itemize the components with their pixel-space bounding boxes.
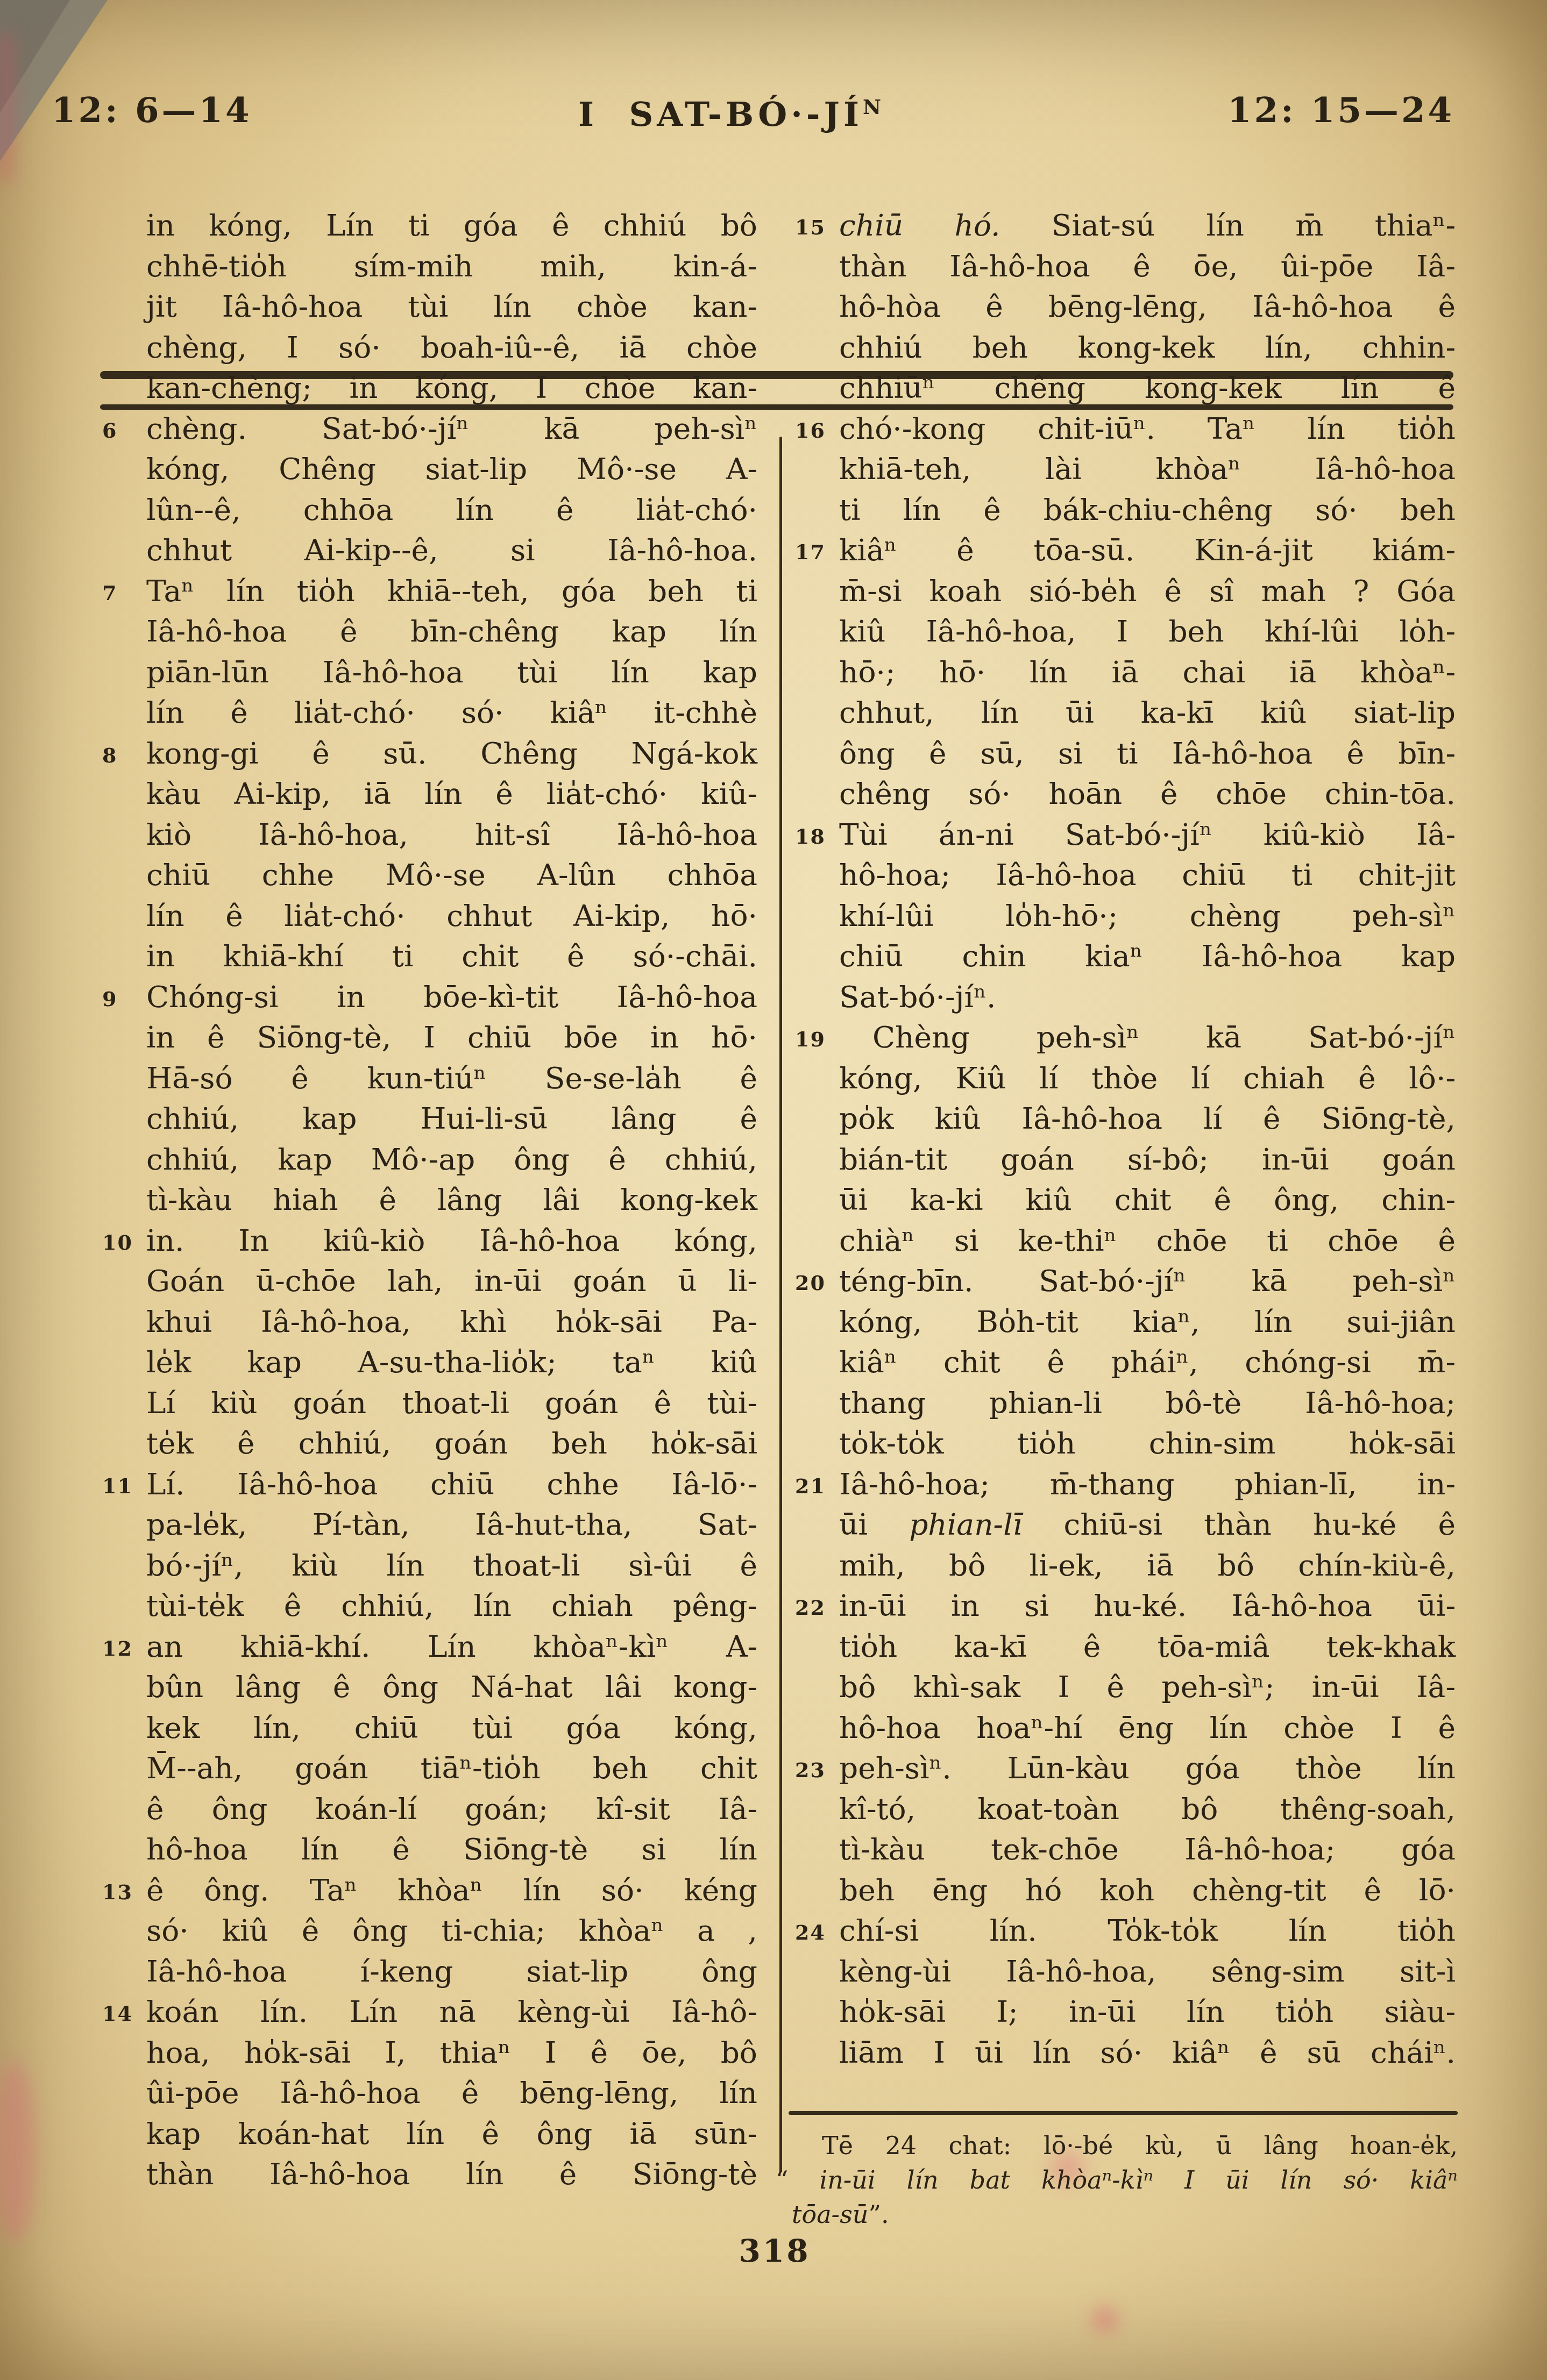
verse-line: lín ê lia̍t-chó· só· kiâⁿ it-chhè bbox=[146, 693, 757, 733]
verse-text: chèng, I só· boah-iû--ê, iā chòe bbox=[146, 330, 757, 365]
verse-number: 10 bbox=[102, 1222, 133, 1263]
verse-text: jit Iâ-hô-hoa tùi lín chòe kan- bbox=[146, 289, 757, 324]
verse-line: kiâⁿ chit ê pháiⁿ, chóng-si m̄- bbox=[839, 1342, 1456, 1383]
verse-text: hô-hòa ê bēng-lēng, Iâ-hô-hoa ê bbox=[839, 289, 1456, 324]
verse-line: khí-lûi lo̍h-hō·; chèng peh-sìⁿ bbox=[839, 896, 1456, 937]
verse-line: thàn Iâ-hô-hoa lín ê Siōng-tè bbox=[146, 2154, 757, 2195]
verse-line: tùi-te̍k ê chhiú, lín chiah pêng- bbox=[146, 1586, 757, 1627]
verse-line: 14koán lín. Lín nā kèng-ùi Iâ-hô- bbox=[146, 1992, 757, 2033]
verse-line: liām I ūi lín só· kiâⁿ ê sū cháiⁿ. bbox=[839, 2033, 1456, 2073]
verse-text: ông ê sū, si ti Iâ-hô-hoa ê bīn- bbox=[839, 736, 1456, 771]
verse-number: 15 bbox=[795, 207, 826, 248]
verse-number: 17 bbox=[795, 532, 826, 573]
verse-line: ûi-pōe Iâ-hô-hoa ê bēng-lēng, lín bbox=[146, 2073, 757, 2114]
verse-line: to̍k-to̍k tio̍h chin-sim ho̍k-sāi bbox=[839, 1423, 1456, 1464]
verse-text: bô khì-sak I ê peh-sìⁿ; in-ūi Iâ- bbox=[839, 1670, 1456, 1704]
verse-line: in kóng, Lín ti góa ê chhiú bô bbox=[146, 205, 757, 246]
verse-text: bûn lâng ê ông Ná-hat lâi kong- bbox=[146, 1670, 757, 1704]
verse-text: lûn--ê, chhōa lín ê lia̍t-chó· bbox=[146, 493, 757, 527]
verse-text: chiū chhe Mô·-se A-lûn chhōa bbox=[146, 858, 757, 892]
verse-line: 19Chèng peh-sìⁿ kā Sat-bó·-jíⁿ bbox=[839, 1017, 1456, 1058]
verse-text: kek lín, chiū tùi góa kóng, bbox=[146, 1711, 757, 1745]
verse-text: chhiú beh kong-kek lín, chhin- bbox=[839, 330, 1456, 365]
verse-line: kóng, Kiû lí thòe lí chiah ê lô·- bbox=[839, 1058, 1456, 1099]
verse-text: ûi-pōe Iâ-hô-hoa ê bēng-lēng, lín bbox=[146, 2076, 757, 2110]
verse-line: bûn lâng ê ông Ná-hat lâi kong- bbox=[146, 1667, 757, 1708]
verse-number: 19 bbox=[795, 1019, 826, 1060]
verse-text: chhē-tio̍h sím-mih mih, kin-á- bbox=[146, 249, 757, 283]
verse-text: hoa, ho̍k-sāi I, thiaⁿ I ê ōe, bô bbox=[146, 2035, 757, 2070]
verse-number: 8 bbox=[102, 735, 117, 776]
verse-text: hô-hoa hoaⁿ-hí ēng lín chòe I ê bbox=[839, 1711, 1456, 1745]
verse-text: “ bbox=[776, 2165, 819, 2194]
verse-line: 16chó·-kong chit-iūⁿ. Taⁿ lín tio̍h bbox=[839, 409, 1456, 450]
verse-number: 11 bbox=[102, 1466, 133, 1507]
verse-line: kóng, Bo̍h-tit kiaⁿ, lín sui-jiân bbox=[839, 1302, 1456, 1343]
verse-line: chêng só· hoān ê chōe chin-tōa. bbox=[839, 774, 1456, 815]
verse-line: beh ēng hó koh chèng-tit ê lō· bbox=[839, 1870, 1456, 1911]
verse-line: ông ê sū, si ti Iâ-hô-hoa ê bīn- bbox=[839, 733, 1456, 774]
verse-line: 8kong-gi ê sū. Chêng Ngá-kok bbox=[146, 733, 757, 774]
verse-text: Lí. Iâ-hô-hoa chiū chhe Iâ-lō·- bbox=[146, 1467, 757, 1501]
verse-line: thang phian-li bô-tè Iâ-hô-hoa; bbox=[839, 1383, 1456, 1424]
verse-line: hô-hoa lín ê Siōng-tè si lín bbox=[146, 1829, 757, 1870]
verse-line: hō·; hō· lín iā chai iā khòaⁿ- bbox=[839, 652, 1456, 693]
verse-text: ê ông koán-lí goán; kî-sit Iâ- bbox=[146, 1792, 757, 1826]
verse-line: 20téng-bīn. Sat-bó·-jíⁿ kā peh-sìⁿ bbox=[839, 1261, 1456, 1302]
verse-text: mih, bô li-ek, iā bô chín-kiù-ê, bbox=[839, 1548, 1456, 1583]
verse-text: m̄-si koah sió-be̍h ê sî mah ? Góa bbox=[839, 574, 1456, 608]
verse-text: chó·-kong chit-iūⁿ. Taⁿ lín tio̍h bbox=[839, 411, 1456, 446]
verse-text: in. In kiû-kiò Iâ-hô-hoa kóng, bbox=[146, 1223, 757, 1258]
verse-line: 17kiâⁿ ê tōa-sū. Kin-á-jit kiám- bbox=[839, 530, 1456, 571]
verse-line: kóng, Chêng siat-lip Mô·-se A- bbox=[146, 449, 757, 490]
verse-line: po̍k kiû Iâ-hô-hoa lí ê Siōng-tè, bbox=[839, 1099, 1456, 1139]
header-verse-range-right: 12: 15—24 bbox=[1227, 90, 1454, 131]
verse-text: hō·; hō· lín iā chai iā khòaⁿ- bbox=[839, 655, 1456, 689]
verse-line: chiū chhe Mô·-se A-lûn chhōa bbox=[146, 855, 757, 896]
verse-line: Goán ū-chōe lah, in-ūi goán ū li- bbox=[146, 1261, 757, 1302]
verse-text: kóng, Chêng siat-lip Mô·-se A- bbox=[146, 452, 757, 486]
verse-line: 18Tùi án-ni Sat-bó·-jíⁿ kiû-kiò Iâ- bbox=[839, 815, 1456, 856]
verse-text: bián-tit goán sí-bô; in-ūi goán bbox=[839, 1142, 1456, 1177]
verse-number: 24 bbox=[795, 1912, 826, 1953]
header-book-title-superscript: N bbox=[863, 95, 881, 119]
verse-line: só· kiû ê ông ti-chia; khòaⁿ a , bbox=[146, 1911, 757, 1951]
verse-line: 12an khiā-khí. Lín khòaⁿ-kìⁿ A- bbox=[146, 1627, 757, 1668]
verse-text: hô-hoa lín ê Siōng-tè si lín bbox=[146, 1832, 757, 1866]
verse-line: Iâ-hô-hoa í-keng siat-lip ông bbox=[146, 1951, 757, 1992]
verse-text: kèng-ùi Iâ-hô-hoa, sêng-sim sit-ì bbox=[839, 1954, 1456, 1989]
verse-text: chèng. Sat-bó·-jíⁿ kā peh-sìⁿ bbox=[146, 411, 757, 446]
pink-stain bbox=[1092, 2307, 1118, 2333]
verse-line: 9Chóng-si in bōe-kì-tit Iâ-hô-hoa bbox=[146, 977, 757, 1018]
verse-text: Taⁿ lín tio̍h khiā--teh, góa beh ti bbox=[146, 574, 757, 608]
column-divider-rule bbox=[779, 437, 782, 2172]
verse-number: 6 bbox=[102, 410, 117, 451]
verse-line: kèng-ùi Iâ-hô-hoa, sêng-sim sit-ì bbox=[839, 1951, 1456, 1992]
verse-line: lûn--ê, chhōa lín ê lia̍t-chó· bbox=[146, 490, 757, 531]
verse-number: 20 bbox=[795, 1263, 826, 1303]
verse-line: 10in. In kiû-kiò Iâ-hô-hoa kóng, bbox=[146, 1221, 757, 1262]
verse-number: 14 bbox=[102, 1993, 133, 2034]
verse-line: chhut, lín ūi ka-kī kiû siat-lip bbox=[839, 693, 1456, 733]
verse-line: kap koán-hat lín ê ông iā sūn- bbox=[146, 2114, 757, 2155]
verse-line: ūi ka-ki kiû chit ê ông, chin- bbox=[839, 1180, 1456, 1221]
verse-line: kiò Iâ-hô-hoa, hit-sî Iâ-hô-hoa bbox=[146, 815, 757, 856]
verse-line: 13ê ông. Taⁿ khòaⁿ lín só· kéng bbox=[146, 1870, 757, 1911]
verse-text: chhiú, kap Mô·-ap ông ê chhiú, bbox=[146, 1142, 757, 1177]
verse-line: ūi phian-lī chiū-si thàn hu-ké ê bbox=[839, 1505, 1456, 1545]
footnote-line: Tē 24 chat: lō·-bé kù, ū lâng hoan-e̍k, bbox=[792, 2128, 1458, 2163]
footnote-line: tōa-sū”. bbox=[792, 2197, 1458, 2232]
pink-stain bbox=[0, 32, 13, 183]
verse-text: lín ê lia̍t-chó· chhut Ai-kip, hō· bbox=[146, 899, 757, 933]
verse-line: chhiūⁿ chêng kong-kek lín ê bbox=[839, 368, 1456, 409]
verse-line: 22in-ūi in si hu-ké. Iâ-hô-hoa ūi- bbox=[839, 1586, 1456, 1627]
verse-line: te̍k ê chhiú, goán beh ho̍k-sāi bbox=[146, 1423, 757, 1464]
verse-line: in khiā-khí ti chit ê só·-chāi. bbox=[146, 936, 757, 977]
verse-line: thàn Iâ-hô-hoa ê ōe, ûi-pōe Iâ- bbox=[839, 246, 1456, 287]
verse-line: 15chiū hó. Siat-sú lín m̄ thiaⁿ- bbox=[839, 205, 1456, 246]
verse-line: M̄--ah, goán tiāⁿ-tio̍h beh chit bbox=[146, 1748, 757, 1789]
verse-line: tio̍h ka-kī ê tōa-miâ tek-khak bbox=[839, 1627, 1456, 1668]
verse-text: Iâ-hô-hoa; m̄-thang phian-lī, in- bbox=[839, 1467, 1456, 1501]
verse-line: mih, bô li-ek, iā bô chín-kiù-ê, bbox=[839, 1545, 1456, 1586]
verse-text: khí-lûi lo̍h-hō·; chèng peh-sìⁿ bbox=[839, 899, 1456, 933]
verse-text: chhut, lín ūi ka-kī kiû siat-lip bbox=[839, 695, 1456, 730]
verse-text: peh-sìⁿ. Lūn-kàu góa thòe lín bbox=[839, 1751, 1456, 1785]
verse-line: chhiú, kap Mô·-ap ông ê chhiú, bbox=[146, 1139, 757, 1180]
verse-text: Siat-sú lín m̄ thiaⁿ- bbox=[1000, 208, 1456, 243]
verse-text: chiū-si thàn hu-ké ê bbox=[1022, 1507, 1456, 1542]
verse-line: hô-hoa; Iâ-hô-hoa chiū ti chit-jit bbox=[839, 855, 1456, 896]
verse-line: piān-lūn Iâ-hô-hoa tùi lín kap bbox=[146, 652, 757, 693]
verse-text: Hā-só ê kun-tiúⁿ Se-se-la̍h ê bbox=[146, 1061, 757, 1095]
verse-text: chhiūⁿ chêng kong-kek lín ê bbox=[839, 370, 1456, 405]
verse-text: pa-le̍k, Pí-tàn, Iâ-hut-tha, Sat- bbox=[146, 1507, 757, 1542]
verse-line: khui Iâ-hô-hoa, khì ho̍k-sāi Pa- bbox=[146, 1302, 757, 1343]
verse-text: Iâ-hô-hoa í-keng siat-lip ông bbox=[146, 1954, 757, 1989]
verse-text: thàn Iâ-hô-hoa lín ê Siōng-tè bbox=[146, 2157, 757, 2191]
verse-line: 23peh-sìⁿ. Lūn-kàu góa thòe lín bbox=[839, 1748, 1456, 1789]
verse-text: in kóng, Lín ti góa ê chhiú bô bbox=[146, 208, 757, 243]
footnote-line: “ in-ūi lín bat khòaⁿ-kìⁿ I ūi lín só· k… bbox=[792, 2163, 1458, 2197]
verse-text: in-ūi in si hu-ké. Iâ-hô-hoa ūi- bbox=[839, 1588, 1456, 1623]
verse-number: 9 bbox=[102, 979, 117, 1020]
verse-line: hoa, ho̍k-sāi I, thiaⁿ I ê ōe, bô bbox=[146, 2033, 757, 2073]
verse-line: ti lín ê bák-chiu-chêng só· beh bbox=[839, 490, 1456, 531]
verse-line: chhiú beh kong-kek lín, chhin- bbox=[839, 327, 1456, 368]
verse-text: tì-kàu tek-chōe Iâ-hô-hoa; góa bbox=[839, 1832, 1456, 1866]
verse-number: 18 bbox=[795, 816, 826, 857]
verse-text: piān-lūn Iâ-hô-hoa tùi lín kap bbox=[146, 655, 757, 689]
verse-line: 11Lí. Iâ-hô-hoa chiū chhe Iâ-lō·- bbox=[146, 1464, 757, 1505]
verse-text: an khiā-khí. Lín khòaⁿ-kìⁿ A- bbox=[146, 1629, 757, 1664]
verse-line: ê ông koán-lí goán; kî-sit Iâ- bbox=[146, 1789, 757, 1830]
verse-text: po̍k kiû Iâ-hô-hoa lí ê Siōng-tè, bbox=[839, 1101, 1456, 1136]
verse-line: khiā-teh, lài khòaⁿ Iâ-hô-hoa bbox=[839, 449, 1456, 490]
verse-text: chêng só· hoān ê chōe chin-tōa. bbox=[839, 776, 1456, 811]
verse-text: kiû Iâ-hô-hoa, I beh khí-lûi lo̍h- bbox=[839, 614, 1456, 649]
verse-number: 12 bbox=[102, 1628, 133, 1669]
verse-text: téng-bīn. Sat-bó·-jíⁿ kā peh-sìⁿ bbox=[839, 1264, 1456, 1298]
verse-text: khui Iâ-hô-hoa, khì ho̍k-sāi Pa- bbox=[146, 1305, 757, 1339]
verse-text: kiâⁿ chit ê pháiⁿ, chóng-si m̄- bbox=[839, 1345, 1456, 1379]
verse-text: in khiā-khí ti chit ê só·-chāi. bbox=[146, 939, 757, 973]
verse-line: kî-tó, koat-toàn bô thêng-soah, bbox=[839, 1789, 1456, 1830]
pink-stain bbox=[0, 2060, 36, 2242]
verse-text: kóng, Kiû lí thòe lí chiah ê lô·- bbox=[839, 1061, 1456, 1095]
verse-text: kiâⁿ ê tōa-sū. Kin-á-jit kiám- bbox=[839, 533, 1456, 567]
verse-text: ho̍k-sāi I; in-ūi lín tio̍h siàu- bbox=[839, 1994, 1456, 2029]
verse-line: lín ê lia̍t-chó· chhut Ai-kip, hō· bbox=[146, 896, 757, 937]
verse-text: Goán ū-chōe lah, in-ūi goán ū li- bbox=[146, 1264, 757, 1298]
verse-text: koán lín. Lín nā kèng-ùi Iâ-hô- bbox=[146, 1994, 757, 2029]
verse-text: te̍k ê chhiú, goán beh ho̍k-sāi bbox=[146, 1426, 757, 1460]
verse-text: ti lín ê bák-chiu-chêng só· beh bbox=[839, 493, 1456, 527]
verse-line: jit Iâ-hô-hoa tùi lín chòe kan- bbox=[146, 287, 757, 327]
verse-text: to̍k-to̍k tio̍h chin-sim ho̍k-sāi bbox=[839, 1426, 1456, 1460]
verse-text: chiū chin kiaⁿ Iâ-hô-hoa kap bbox=[839, 939, 1456, 973]
header-book-title-main: I SAT-BÓ·-JÍ bbox=[578, 95, 863, 134]
verse-line: Hā-só ê kun-tiúⁿ Se-se-la̍h ê bbox=[146, 1058, 757, 1099]
verse-text: kiò Iâ-hô-hoa, hit-sî Iâ-hô-hoa bbox=[146, 817, 757, 852]
footnote: Tē 24 chat: lō·-bé kù, ū lâng hoan-e̍k,“… bbox=[792, 2128, 1458, 2232]
verse-text: kong-gi ê sū. Chêng Ngá-kok bbox=[146, 736, 757, 771]
header-verse-range-left: 12: 6—14 bbox=[52, 90, 252, 131]
verse-text: Lí kiù goán thoat-li goán ê tùi- bbox=[146, 1386, 757, 1420]
verse-number: 7 bbox=[102, 573, 117, 614]
italic-text: in-ūi lín bat khòaⁿ-kìⁿ I ūi lín só· kiâ… bbox=[819, 2165, 1458, 2194]
verse-line: tì-kàu tek-chōe Iâ-hô-hoa; góa bbox=[839, 1829, 1456, 1870]
italic-text: chiū hó. bbox=[839, 208, 1000, 243]
verse-line: kiû Iâ-hô-hoa, I beh khí-lûi lo̍h- bbox=[839, 611, 1456, 652]
verse-line: bián-tit goán sí-bô; in-ūi goán bbox=[839, 1139, 1456, 1180]
verse-line: Lí kiù goán thoat-li goán ê tùi- bbox=[146, 1383, 757, 1424]
verse-text: kàu Ai-kip, iā lín ê lia̍t-chó· kiû- bbox=[146, 776, 757, 811]
verse-text: hô-hoa; Iâ-hô-hoa chiū ti chit-jit bbox=[839, 858, 1456, 892]
verse-text: kap koán-hat lín ê ông iā sūn- bbox=[146, 2117, 757, 2151]
verse-text: Chèng peh-sìⁿ kā Sat-bó·-jíⁿ bbox=[872, 1020, 1456, 1054]
verse-line: 6chèng. Sat-bó·-jíⁿ kā peh-sìⁿ bbox=[146, 409, 757, 450]
verse-text: ê ông. Taⁿ khòaⁿ lín só· kéng bbox=[146, 1873, 757, 1907]
italic-text: tōa-sū bbox=[792, 2200, 868, 2229]
verse-line: kek lín, chiū tùi góa kóng, bbox=[146, 1708, 757, 1749]
verse-line: chiū chin kiaⁿ Iâ-hô-hoa kap bbox=[839, 936, 1456, 977]
verse-text: khiā-teh, lài khòaⁿ Iâ-hô-hoa bbox=[839, 452, 1456, 486]
verse-text: thang phian-li bô-tè Iâ-hô-hoa; bbox=[839, 1386, 1456, 1420]
verse-text: ūi bbox=[839, 1507, 909, 1542]
verse-text: kî-tó, koat-toàn bô thêng-soah, bbox=[839, 1792, 1456, 1826]
verse-text: Tē 24 chat: lō·-bé kù, ū lâng hoan-e̍k, bbox=[822, 2131, 1458, 2160]
verse-text: tio̍h ka-kī ê tōa-miâ tek-khak bbox=[839, 1629, 1456, 1664]
header-book-title: I SAT-BÓ·-JÍN bbox=[578, 95, 881, 134]
verse-line: 24chí-si lín. To̍k-to̍k lín tio̍h bbox=[839, 1911, 1456, 1951]
verse-text: tùi-te̍k ê chhiú, lín chiah pêng- bbox=[146, 1588, 757, 1623]
verse-text: liām I ūi lín só· kiâⁿ ê sū cháiⁿ. bbox=[839, 2035, 1456, 2070]
verse-text: M̄--ah, goán tiāⁿ-tio̍h beh chit bbox=[146, 1751, 757, 1785]
verse-number: 16 bbox=[795, 410, 826, 451]
verse-text: kóng, Bo̍h-tit kiaⁿ, lín sui-jiân bbox=[839, 1305, 1456, 1339]
verse-text: tì-kàu hiah ê lâng lâi kong-kek bbox=[146, 1182, 757, 1217]
verse-line: m̄-si koah sió-be̍h ê sî mah ? Góa bbox=[839, 571, 1456, 612]
verse-line: in ê Siōng-tè, I chiū bōe in hō· bbox=[146, 1017, 757, 1058]
verse-line: kàu Ai-kip, iā lín ê lia̍t-chó· kiû- bbox=[146, 774, 757, 815]
verse-text: lín ê lia̍t-chó· só· kiâⁿ it-chhè bbox=[146, 695, 757, 730]
verse-text: Chóng-si in bōe-kì-tit Iâ-hô-hoa bbox=[146, 980, 757, 1014]
verse-text: ūi ka-ki kiû chit ê ông, chin- bbox=[839, 1182, 1456, 1217]
verse-line: chhē-tio̍h sím-mih mih, kin-á- bbox=[146, 246, 757, 287]
scanned-book-page: 12: 6—14 I SAT-BÓ·-JÍN 12: 15—24 in kóng… bbox=[0, 0, 1547, 2380]
verse-number: 22 bbox=[795, 1587, 826, 1628]
verse-line: ho̍k-sāi I; in-ūi lín tio̍h siàu- bbox=[839, 1992, 1456, 2033]
verse-line: Iâ-hô-hoa ê bīn-chêng kap lín bbox=[146, 611, 757, 652]
verse-line: hô-hoa hoaⁿ-hí ēng lín chòe I ê bbox=[839, 1708, 1456, 1749]
verse-line: le̍k kap A-su-tha-lio̍k; taⁿ kiû bbox=[146, 1342, 757, 1383]
verse-text: chí-si lín. To̍k-to̍k lín tio̍h bbox=[839, 1913, 1456, 1948]
italic-text: phian-lī bbox=[909, 1507, 1022, 1542]
verse-line: Sat-bó·-jíⁿ. bbox=[839, 977, 1456, 1018]
verse-line: pa-le̍k, Pí-tàn, Iâ-hut-tha, Sat- bbox=[146, 1505, 757, 1545]
right-column: 15chiū hó. Siat-sú lín m̄ thiaⁿ-thàn Iâ-… bbox=[839, 205, 1456, 2073]
verse-text: Iâ-hô-hoa ê bīn-chêng kap lín bbox=[146, 614, 757, 649]
verse-line: bó·-jíⁿ, kiù lín thoat-li sì-ûi ê bbox=[146, 1545, 757, 1586]
verse-line: hô-hòa ê bēng-lēng, Iâ-hô-hoa ê bbox=[839, 287, 1456, 327]
verse-text: Sat-bó·-jíⁿ. bbox=[839, 980, 996, 1014]
verse-line: chhiú, kap Hui-li-sū lâng ê bbox=[146, 1099, 757, 1139]
verse-text: Tùi án-ni Sat-bó·-jíⁿ kiû-kiò Iâ- bbox=[839, 817, 1456, 852]
footnote-rule bbox=[789, 2111, 1458, 2115]
verse-text: in ê Siōng-tè, I chiū bōe in hō· bbox=[146, 1020, 757, 1054]
verse-text: chhut Ai-kip--ê, si Iâ-hô-hoa. bbox=[146, 533, 757, 567]
verse-line: 21Iâ-hô-hoa; m̄-thang phian-lī, in- bbox=[839, 1464, 1456, 1505]
verse-text: só· kiû ê ông ti-chia; khòaⁿ a , bbox=[146, 1913, 757, 1948]
verse-line: 7Taⁿ lín tio̍h khiā--teh, góa beh ti bbox=[146, 571, 757, 612]
verse-text: le̍k kap A-su-tha-lio̍k; taⁿ kiû bbox=[146, 1345, 757, 1379]
verse-text: chiàⁿ si ke-thiⁿ chōe ti chōe ê bbox=[839, 1223, 1456, 1258]
verse-text: bó·-jíⁿ, kiù lín thoat-li sì-ûi ê bbox=[146, 1548, 757, 1583]
verse-number: 23 bbox=[795, 1750, 826, 1791]
verse-line: chhut Ai-kip--ê, si Iâ-hô-hoa. bbox=[146, 530, 757, 571]
verse-line: kan-chèng; in kóng, I chòe kan- bbox=[146, 368, 757, 409]
verse-text: beh ēng hó koh chèng-tit ê lō· bbox=[839, 1873, 1456, 1907]
page-number: 318 bbox=[715, 2233, 834, 2269]
verse-number: 13 bbox=[102, 1872, 133, 1913]
verse-text: ”. bbox=[868, 2200, 889, 2229]
verse-text: chhiú, kap Hui-li-sū lâng ê bbox=[146, 1101, 757, 1136]
verse-line: chiàⁿ si ke-thiⁿ chōe ti chōe ê bbox=[839, 1221, 1456, 1262]
left-column: in kóng, Lín ti góa ê chhiú bôchhē-tio̍h… bbox=[146, 205, 757, 2195]
verse-line: tì-kàu hiah ê lâng lâi kong-kek bbox=[146, 1180, 757, 1221]
verse-text: kan-chèng; in kóng, I chòe kan- bbox=[146, 370, 757, 405]
verse-number: 21 bbox=[795, 1466, 826, 1507]
verse-text: thàn Iâ-hô-hoa ê ōe, ûi-pōe Iâ- bbox=[839, 249, 1456, 283]
verse-line: chèng, I só· boah-iû--ê, iā chòe bbox=[146, 327, 757, 368]
verse-line: bô khì-sak I ê peh-sìⁿ; in-ūi Iâ- bbox=[839, 1667, 1456, 1708]
